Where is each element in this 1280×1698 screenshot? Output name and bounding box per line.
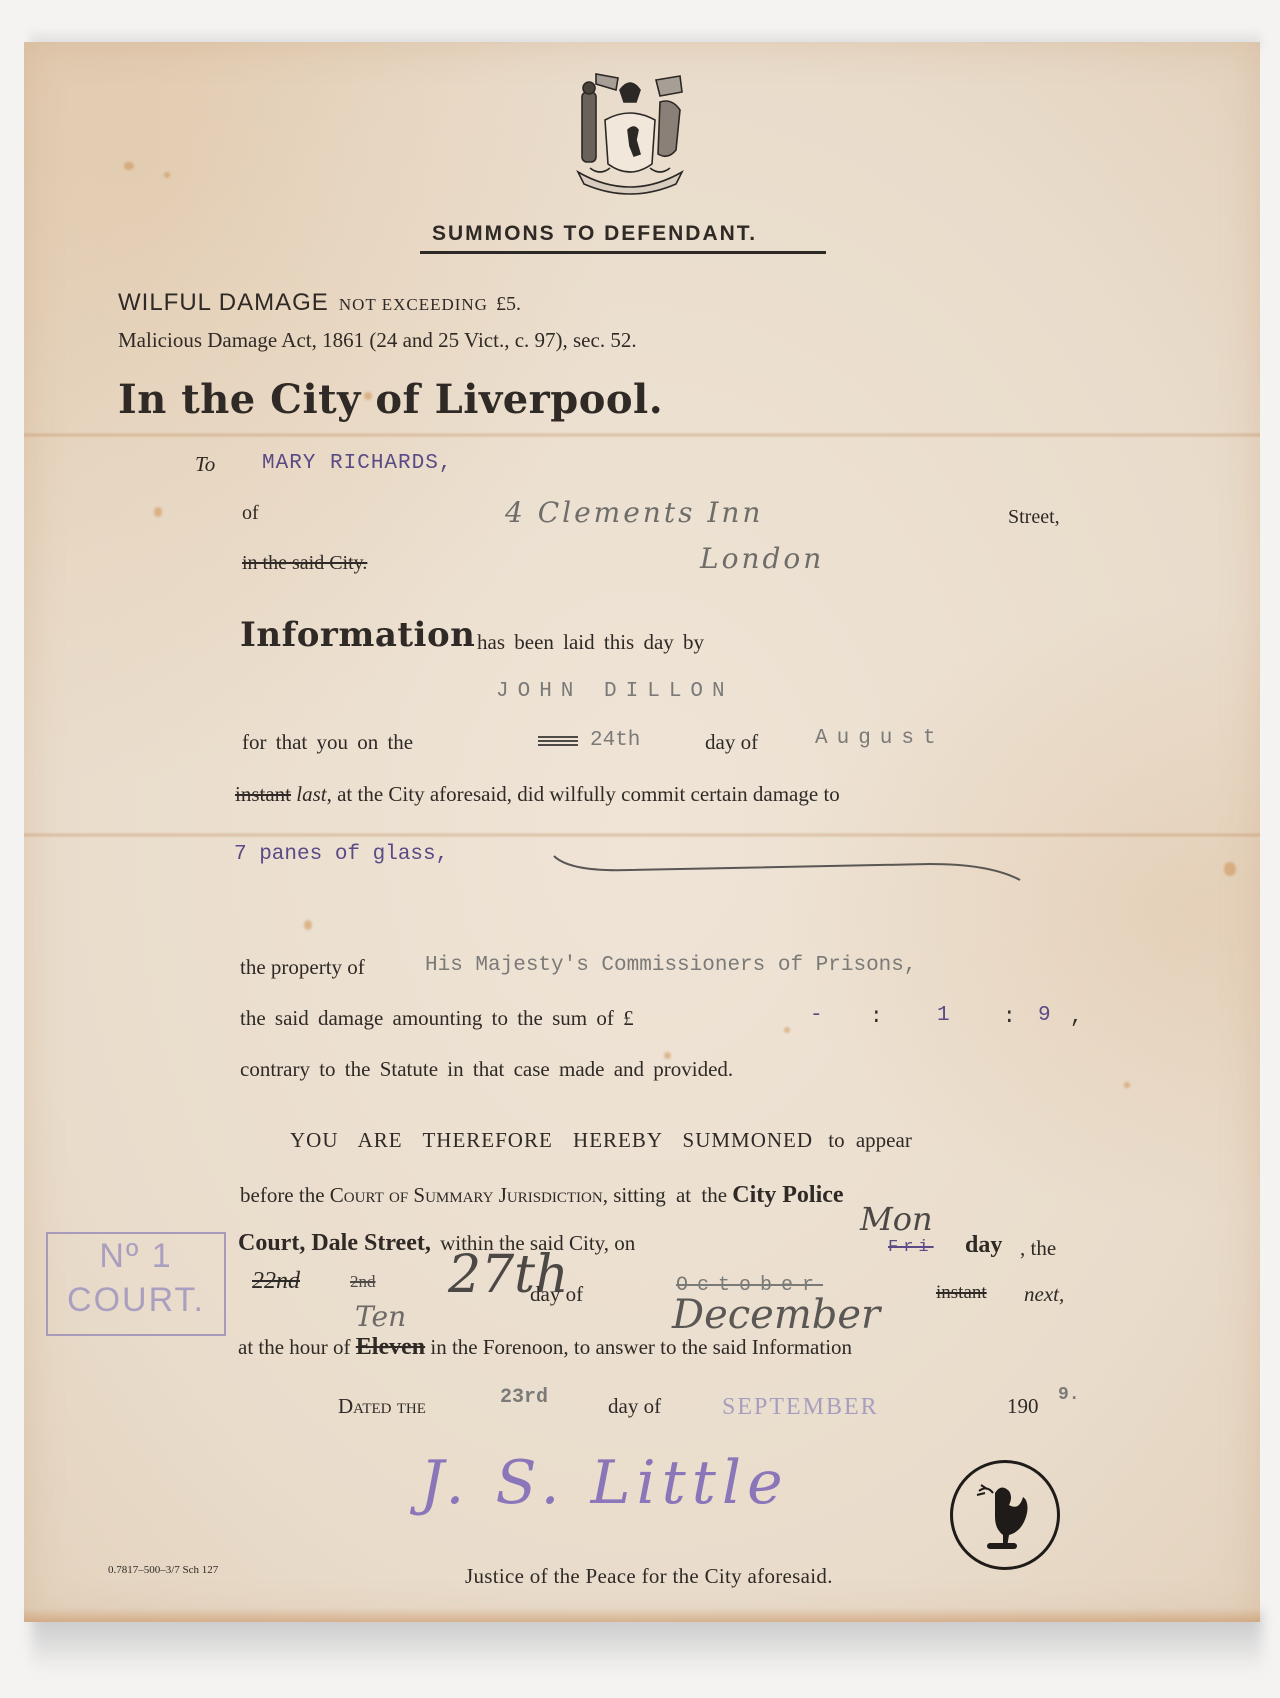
- court-dale-street: Court, Dale Street,: [238, 1230, 431, 1256]
- address-line-2: London: [700, 542, 824, 575]
- court-name: Court of Summary Jurisdiction,: [330, 1183, 608, 1207]
- dated-year-suffix: 9.: [1058, 1385, 1080, 1405]
- instant-struck-2: instant: [936, 1282, 987, 1304]
- hour-suffix: in the Forenoon, to answer to the said I…: [430, 1335, 852, 1359]
- of-label: of: [242, 502, 259, 525]
- sum-separator: :: [1003, 1006, 1016, 1029]
- summons-day-of: day of: [530, 1282, 583, 1307]
- sum-pounds: -: [810, 1004, 823, 1027]
- dated-label: Dated the: [338, 1394, 426, 1419]
- document-title: SUMMONS TO DEFENDANT.: [432, 222, 757, 246]
- fold-line: [24, 832, 1260, 838]
- foxing-spot: [304, 920, 312, 930]
- defendant-name: MARY RICHARDS,: [262, 452, 452, 475]
- signatory-title: Justice of the Peace for the City afores…: [465, 1564, 833, 1589]
- act-reference: Malicious Damage Act, 1861 (24 and 25 Vi…: [118, 328, 637, 353]
- information-heading: Information: [240, 615, 475, 655]
- dated-month: SEPTEMBER: [722, 1394, 879, 1421]
- for-that-label: for that you on the: [242, 730, 413, 755]
- damaged-item: 7 panes of glass,: [234, 843, 448, 866]
- title-underline: [420, 251, 826, 254]
- liver-bird-icon: [973, 1477, 1037, 1553]
- the-label: , the: [1020, 1236, 1056, 1261]
- sum-separator: :: [870, 1006, 883, 1029]
- summons-rest: to appear: [828, 1128, 912, 1152]
- day-of-label: day of: [705, 730, 758, 755]
- property-owner: His Majesty's Commissioners of Prisons,: [425, 954, 916, 977]
- offence-heading: WILFUL DAMAGE: [118, 289, 329, 316]
- sum-comma: ,: [1070, 1006, 1083, 1029]
- hour-struck: Eleven: [356, 1334, 425, 1360]
- foxing-spot: [154, 507, 162, 517]
- date-struck-1: 22nd: [252, 1268, 300, 1295]
- sum-shillings: 1: [937, 1004, 950, 1027]
- hour-handwritten: Ten: [355, 1300, 406, 1333]
- jurisdiction-heading: In the City of Liverpool.: [118, 376, 663, 423]
- liverpool-crest-icon: [560, 72, 700, 202]
- date-struck-2: 2nd: [350, 1272, 376, 1292]
- to-label: To: [195, 452, 215, 477]
- address-line-1: 4 Clements Inn: [505, 496, 763, 529]
- property-label: the property of: [240, 955, 365, 980]
- struck-out-mark: [538, 736, 578, 748]
- sum-pence: 9: [1038, 1004, 1051, 1027]
- liver-bird-seal: [950, 1460, 1060, 1570]
- fold-line: [24, 432, 1260, 438]
- offence-amount: £5.: [496, 293, 521, 315]
- stamp-line-2: COURT.: [48, 1278, 224, 1322]
- summons-line-1: YOU ARE THEREFORE HEREBY SUMMONED to app…: [290, 1128, 912, 1153]
- statute-text: contrary to the Statute in that case mad…: [240, 1057, 733, 1082]
- summons-line-2: before the Court of Summary Jurisdiction…: [240, 1182, 844, 1209]
- dated-day: 23rd: [500, 1386, 548, 1409]
- offence-day: 24th: [590, 729, 640, 752]
- dated-year-prefix: 190: [1007, 1394, 1039, 1419]
- city-label-struck: in the said City.: [242, 552, 367, 575]
- before-the: before the: [240, 1183, 325, 1207]
- form-code: 0.7817–500–3/7 Sch 127: [108, 1564, 218, 1576]
- summons-caps: YOU ARE THEREFORE HEREBY SUMMONED: [290, 1128, 813, 1152]
- month-handwritten: December: [672, 1292, 880, 1338]
- stamp-line-1: Nº 1: [48, 1234, 224, 1278]
- weekday-handwritten: Mon: [860, 1200, 933, 1238]
- summons-line-3: Court, Dale Street, within the said City…: [238, 1230, 635, 1257]
- charge-line: instant last, at the City aforesaid, did…: [235, 782, 840, 807]
- charge-text: , at the City aforesaid, did wilfully co…: [327, 782, 840, 806]
- offence-qualifier: NOT EXCEEDING: [339, 295, 488, 314]
- foxing-spot: [1124, 1082, 1130, 1088]
- foxing-spot: [124, 162, 134, 170]
- last-label: last: [296, 782, 326, 806]
- city-police: City Police: [732, 1182, 843, 1208]
- offence-month: August: [815, 727, 945, 750]
- edge-stain: [24, 1608, 1260, 1622]
- next-label: next,: [1024, 1282, 1064, 1307]
- dated-day-of: day of: [608, 1394, 661, 1419]
- foxing-spot: [784, 1027, 790, 1033]
- informant-name: JOHN DILLON: [496, 680, 734, 703]
- foxing-spot: [164, 172, 170, 178]
- weekday-struck: Fri: [888, 1238, 934, 1257]
- blank-fill-line: [550, 850, 1030, 890]
- sitting-at: sitting at the: [613, 1183, 727, 1207]
- summons-line-5: at the hour of Eleven in the Forenoon, t…: [238, 1334, 852, 1361]
- day-word: day: [965, 1232, 1002, 1259]
- court-stamp: Nº 1 COURT.: [46, 1232, 226, 1336]
- instant-struck: instant: [235, 782, 291, 806]
- magistrate-signature: J. S. Little: [420, 1448, 789, 1518]
- sum-label: the said damage amounting to the sum of …: [240, 1006, 634, 1031]
- foxing-spot: [1224, 862, 1236, 876]
- hour-prefix: at the hour of: [238, 1335, 351, 1359]
- street-label: Street,: [1008, 506, 1060, 529]
- offence-line: WILFUL DAMAGE NOT EXCEEDING £5.: [118, 289, 521, 317]
- information-text: has been laid this day by: [477, 630, 704, 655]
- coat-of-arms-crest: [560, 72, 700, 207]
